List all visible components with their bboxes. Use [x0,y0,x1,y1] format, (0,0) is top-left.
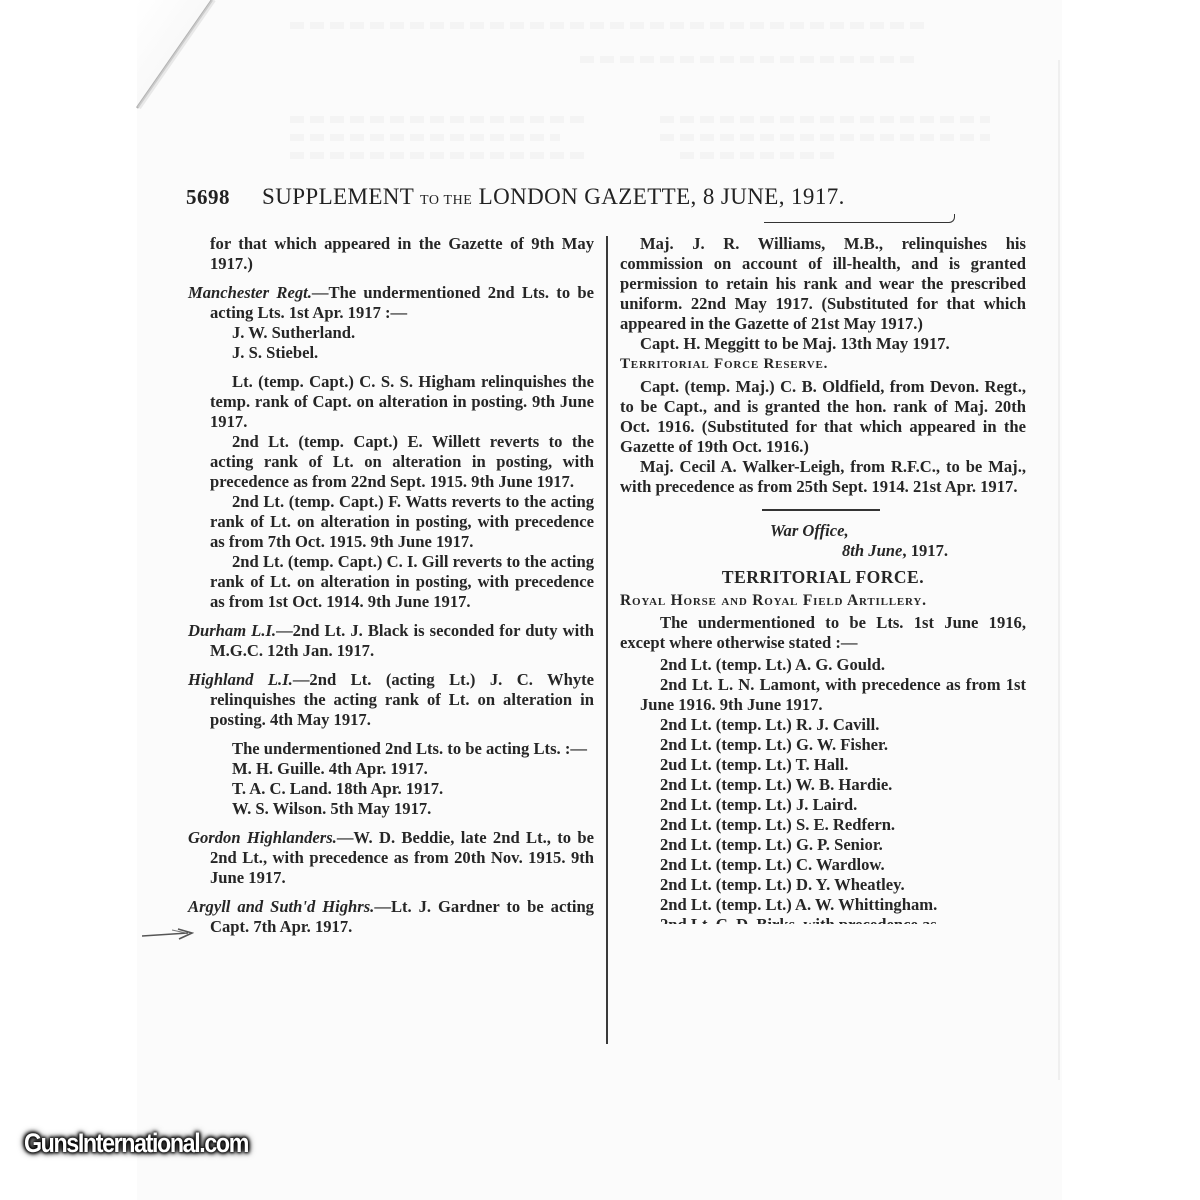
section-rule [762,509,880,511]
officer-name: J. W. Sutherland. [188,323,594,343]
regiment-name: Argyll and Suth'd Highrs. [188,897,374,916]
bleed-through [660,134,990,141]
regiment-name: Durham L.I. [188,621,276,640]
notice-paragraph: Maj. Cecil A. Walker-Leigh, from R.F.C.,… [600,457,1026,497]
officer-entry: 2nd Lt. L. N. Lamont, with precedence as… [620,675,1026,715]
officer-entry: 2nd Lt. (temp. Lt.) J. Laird. [620,795,1026,815]
cut-off-line: 2nd Lt. C. D. Birks, with precedence as [620,915,1026,924]
bleed-through [580,56,920,63]
right-column: Maj. J. R. Williams, M.B., relinquishes … [620,234,1026,924]
officer-list: 2nd Lt. (temp. Lt.) A. G. Gould. 2nd Lt.… [620,655,1026,924]
war-office-heading: War Office, [620,521,1026,541]
bleed-through [290,152,590,159]
officer-entry: 2nd Lt. (temp. Lt.) W. B. Hardie. [620,775,1026,795]
officer-entry: 2nd Lt. (temp. Lt.) A. G. Gould. [620,655,1026,675]
officer-entry: 2nd Lt. (temp. Lt.) G. P. Senior. [620,835,1026,855]
officer-name: W. S. Wilson. 5th May 1917. [188,799,594,819]
section-heading-tf-reserve: Territorial Force Reserve. [620,354,1026,374]
continuation-text: for that which appeared in the Gazette o… [188,234,594,274]
bleed-through [290,116,590,123]
bleed-through [660,116,990,123]
bleed-through [290,22,930,29]
entry-manchester: Manchester Regt.—The undermentioned 2nd … [188,283,594,323]
notice-paragraph: 2nd Lt. (temp. Capt.) F. Watts reverts t… [188,492,594,552]
entry-argyll: Argyll and Suth'd Highrs.—Lt. J. Gardner… [188,897,594,937]
regiment-name: Highland L.I. [188,670,293,689]
officer-name: M. H. Guille. 4th Apr. 1917. [188,759,594,779]
officer-name: J. S. Stiebel. [188,343,594,363]
regiment-name: Manchester Regt. [188,283,312,302]
notice-paragraph: The undermentioned 2nd Lts. to be acting… [188,739,594,759]
officer-entry: 2nd Lt. (temp. Lt.) C. Wardlow. [620,855,1026,875]
notice-paragraph: Maj. J. R. Williams, M.B., relinquishes … [600,234,1026,334]
handwritten-arrow-icon [142,928,194,940]
notice-paragraph: Capt. H. Meggitt to be Maj. 13th May 191… [600,334,1026,354]
entry-gordon-highlanders: Gordon Highlanders.—W. D. Beddie, late 2… [188,828,594,888]
page-number: 5698 [186,185,230,210]
bleed-through [680,152,840,159]
officer-entry: 2nd Lt. (temp. Lt.) R. J. Cavill. [620,715,1026,735]
officer-name: T. A. C. Land. 18th Apr. 1917. [188,779,594,799]
notice-paragraph: 2nd Lt. (temp. Capt.) E. Willett reverts… [188,432,594,492]
officer-entry: 2nd Lt. (temp. Lt.) S. E. Redfern. [620,815,1026,835]
handwritten-underline [764,214,955,223]
officer-entry: 2nd Lt. (temp. Lt.) G. W. Fisher. [620,735,1026,755]
left-column: for that which appeared in the Gazette o… [188,234,594,937]
officer-entry: 2ud Lt. (temp. Lt.) T. Hall. [620,755,1026,775]
issue-date: 8 JUNE, 1917. [703,184,845,209]
page-edge-shadow [1058,60,1060,1080]
gazette-title: SUPPLEMENT TO THE LONDON GAZETTE, 8 JUNE… [262,184,845,210]
notice-paragraph: Capt. (temp. Maj.) C. B. Oldfield, from … [600,377,1026,457]
officer-entry: 2nd Lt. (temp. Lt.) A. W. Whittingham. [620,895,1026,915]
officer-entry: 2nd Lt. (temp. Lt.) D. Y. Wheatley. [620,875,1026,895]
bleed-through [290,134,560,141]
entry-highland: Highland L.I.—2nd Lt. (acting Lt.) J. C.… [188,670,594,730]
notice-paragraph: 2nd Lt. (temp. Capt.) C. I. Gill reverts… [188,552,594,612]
notice-paragraph: The undermentioned to be Lts. 1st June 1… [600,613,1026,653]
war-office-date: 8th June, 1917. [620,541,1026,561]
notice-paragraph: Lt. (temp. Capt.) C. S. S. Higham relinq… [188,372,594,432]
entry-durham: Durham L.I.—2nd Lt. J. Black is seconded… [188,621,594,661]
artillery-subheading: Royal Horse and Royal Field Artillery. [620,591,1026,611]
gazette-masthead: 5698 SUPPLEMENT TO THE LONDON GAZETTE, 8… [186,184,956,210]
regiment-name: Gordon Highlanders. [188,828,337,847]
territorial-force-heading: TERRITORIAL FORCE. [620,567,1026,587]
site-watermark-logo: GunsInternational.com [24,1128,248,1159]
